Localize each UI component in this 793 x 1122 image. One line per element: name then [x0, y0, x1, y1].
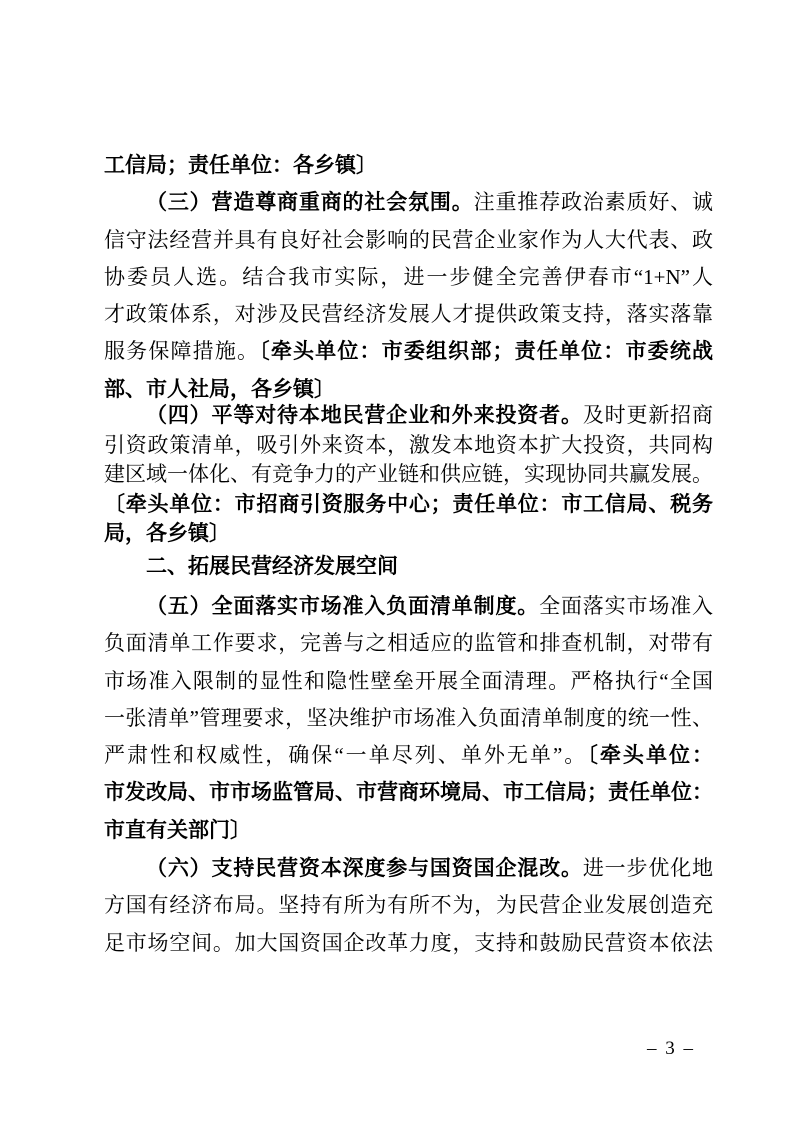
text-line: 足市场空间。加大国资国企改革力度，支持和鼓励民营资本依法 [104, 925, 713, 962]
text-line: （四）平等对待本地民营企业和外来投资者。及时更新招商 [104, 401, 713, 431]
body-text: 引资政策清单，吸引外来资本，激发本地资本扩大投资，共同构 [104, 433, 713, 457]
text-line: 市场准入限制的显性和隐性壁垒开展全面清理。严格执行“全国 [104, 663, 713, 700]
text-line: 建区域一体化、有竞争力的产业链和供应链，实现协同共赢发展。 [104, 460, 713, 490]
text-line: 局，各乡镇〕 [104, 519, 713, 549]
unit-annotation: 二、拓展民营经济发展空间 [146, 555, 398, 578]
item-title: （五）全面落实市场准入负面清单制度。 [146, 594, 539, 618]
text-line: 严肃性和权威性，确保“一单尽列、单外无单”。〔牵头单位： [104, 737, 713, 774]
text-line: 市直有关部门〕 [104, 812, 713, 849]
body-text: 及时更新招商 [583, 403, 713, 427]
text-line: （三）营造尊商重商的社会氛围。注重推荐政治素质好、诚 [104, 184, 713, 221]
unit-annotation: 〔牵头单位：市委组织部；责任单位：市委统战 [259, 340, 713, 363]
item-title: （三）营造尊商重商的社会氛围。 [146, 190, 474, 214]
text-line: （五）全面落实市场准入负面清单制度。全面落实市场准入 [104, 588, 713, 625]
text-line: （六）支持民营资本深度参与国资国企混改。进一步优化地 [104, 850, 713, 887]
body-text: 一张清单”管理要求，坚决维护市场准入负面清单制度的统一性、 [104, 706, 713, 730]
body-text: 方国有经济布局。坚持有所为有所不为，为民营企业发展创造充 [104, 893, 713, 917]
text-line: 负面清单工作要求，完善与之相适应的监管和排查机制，对带有 [104, 625, 713, 662]
text-line: 方国有经济布局。坚持有所为有所不为，为民营企业发展创造充 [104, 887, 713, 924]
unit-annotation: 局，各乡镇〕 [104, 522, 230, 545]
document-page: 工信局；责任单位：各乡镇〕（三）营造尊商重商的社会氛围。注重推荐政治素质好、诚信… [0, 0, 793, 1122]
item-title: （六）支持民营资本深度参与国资国企混改。 [146, 856, 583, 880]
body-text: 足市场空间。加大国资国企改革力度，支持和鼓励民营资本依法 [104, 931, 713, 955]
unit-annotation: 部、市人社局，各乡镇〕 [104, 378, 335, 401]
body-text: 严肃性和权威性，确保“一单尽列、单外无单”。 [104, 743, 587, 767]
unit-annotation: 市直有关部门〕 [104, 819, 251, 842]
body-text: 全面落实市场准入 [539, 594, 713, 618]
text-block-para-five: （五）全面落实市场准入负面清单制度。全面落实市场准入负面清单工作要求，完善与之相… [104, 588, 713, 849]
body-text: 建区域一体化、有竞争力的产业链和供应链，实现协同共赢发展。 [104, 462, 713, 486]
unit-annotation: 〔牵头单位：市招商引资服务中心；责任单位：市工信局、税务 [104, 493, 713, 516]
body-text: 协委员人选。结合我市实际，进一步健全完善伊春市“1+N”人 [104, 265, 713, 289]
text-line: 服务保障措施。〔牵头单位：市委组织部；责任单位：市委统战 [104, 333, 713, 370]
unit-annotation: 〔牵头单位： [587, 744, 713, 767]
body-text: 注重推荐政治素质好、诚 [474, 190, 713, 214]
body-text: 市场准入限制的显性和隐性壁垒开展全面清理。严格执行“全国 [104, 669, 713, 693]
body-text: 信守法经营并具有良好社会影响的民营企业家作为人大代表、政 [104, 228, 713, 252]
text-line: 〔牵头单位：市招商引资服务中心；责任单位：市工信局、税务 [104, 490, 713, 520]
text-block-opening: 工信局；责任单位：各乡镇〕（三）营造尊商重商的社会氛围。注重推荐政治素质好、诚信… [104, 147, 713, 408]
text-line: 信守法经营并具有良好社会影响的民营企业家作为人大代表、政 [104, 222, 713, 259]
text-line: 协委员人选。结合我市实际，进一步健全完善伊春市“1+N”人 [104, 259, 713, 296]
document-body: 工信局；责任单位：各乡镇〕（三）营造尊商重商的社会氛围。注重推荐政治素质好、诚信… [104, 0, 713, 1122]
text-line: 工信局；责任单位：各乡镇〕 [104, 147, 713, 184]
unit-annotation: 市发改局、市市场监管局、市营商环境局、市工信局；责任单位： [104, 781, 713, 804]
body-text: 负面清单工作要求，完善与之相适应的监管和排查机制，对带有 [104, 631, 713, 655]
text-block-para-four: （四）平等对待本地民营企业和外来投资者。及时更新招商引资政策清单，吸引外来资本，… [104, 401, 713, 549]
text-line: 一张清单”管理要求，坚决维护市场准入负面清单制度的统一性、 [104, 700, 713, 737]
text-block-heading-two: 二、拓展民营经济发展空间 [104, 549, 713, 584]
item-title: （四）平等对待本地民营企业和外来投资者。 [146, 403, 583, 427]
body-text: 进一步优化地 [583, 856, 713, 880]
text-block-para-six: （六）支持民营资本深度参与国资国企混改。进一步优化地方国有经济布局。坚持有所为有… [104, 850, 713, 962]
body-text: 服务保障措施。 [104, 339, 259, 363]
page-number: – 3 – [591, 1038, 751, 1060]
body-text: 才政策体系，对涉及民营经济发展人才提供政策支持，落实落靠 [104, 302, 713, 326]
text-line: 二、拓展民营经济发展空间 [104, 549, 713, 584]
unit-annotation: 工信局；责任单位：各乡镇〕 [104, 154, 377, 177]
text-line: 引资政策清单，吸引外来资本，激发本地资本扩大投资，共同构 [104, 431, 713, 461]
text-line: 市发改局、市市场监管局、市营商环境局、市工信局；责任单位： [104, 774, 713, 811]
text-line: 才政策体系，对涉及民营经济发展人才提供政策支持，落实落靠 [104, 296, 713, 333]
